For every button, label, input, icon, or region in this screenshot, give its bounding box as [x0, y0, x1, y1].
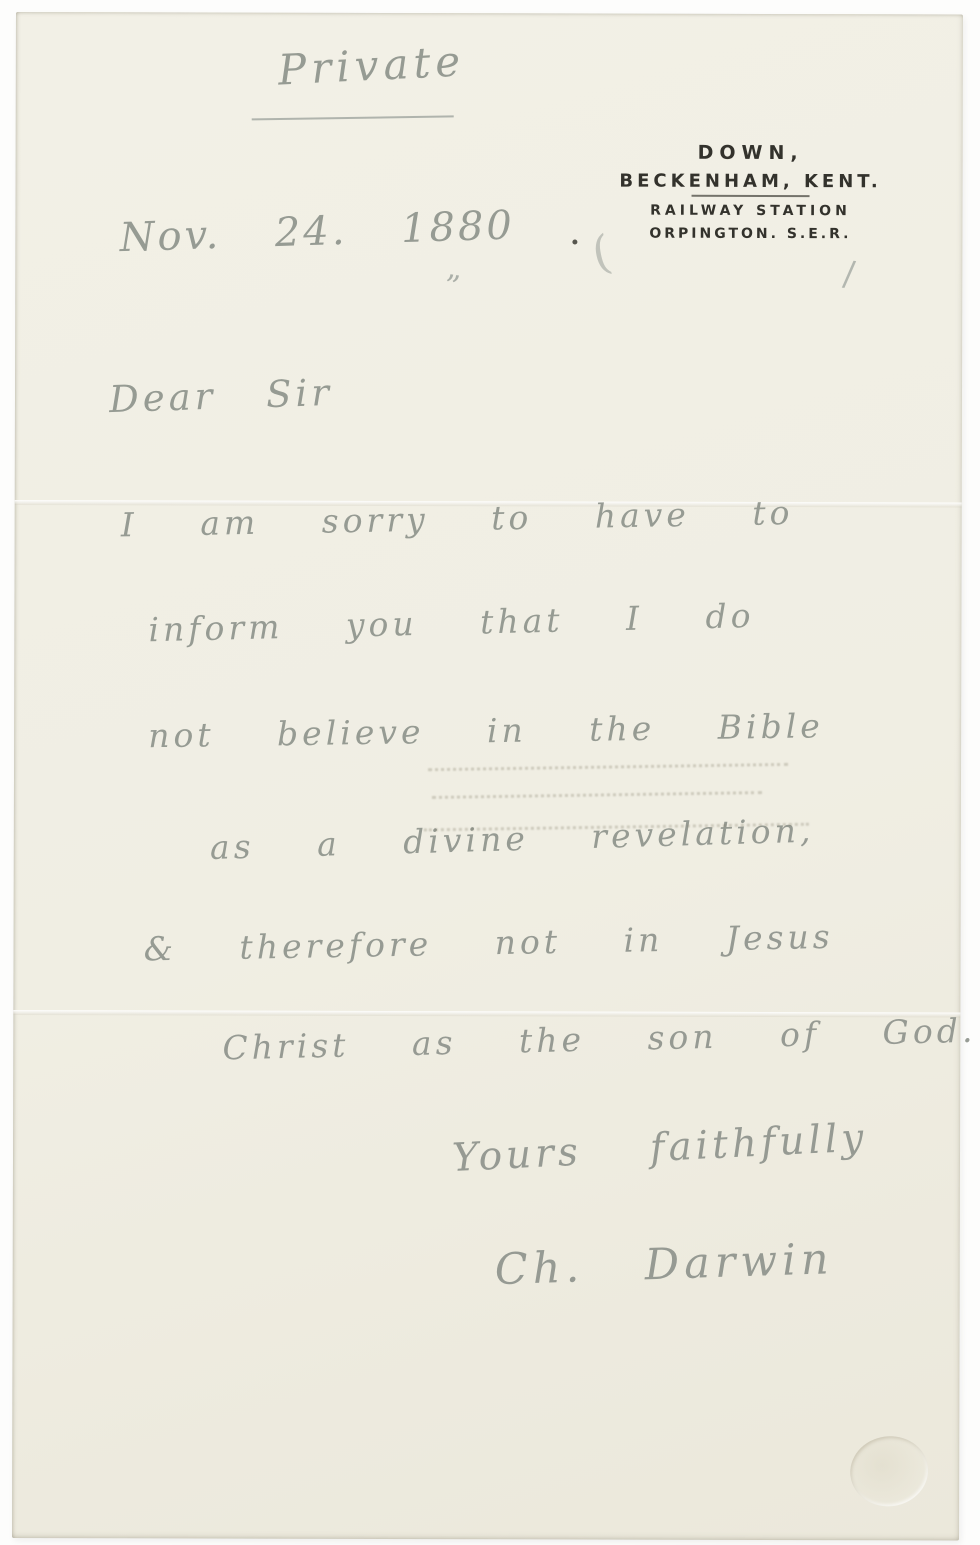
printed-letterhead: DOWN, BECKENHAM, KENT. RAILWAY STATION O… [585, 141, 915, 242]
body-line-1: I am sorry to have to [120, 493, 793, 544]
private-annotation: Private [277, 36, 466, 94]
verso-stamp-showthrough [432, 791, 762, 799]
letterhead-railway: ORPINGTON. S.E.R. [585, 225, 915, 242]
body-line-2: inform you that I do [148, 596, 755, 649]
letterhead-district: BECKENHAM, KENT. [586, 170, 916, 192]
letterhead-dot [572, 239, 577, 244]
verso-stamp-showthrough [428, 763, 788, 771]
body-line-4: as a divine revelation, [209, 811, 814, 867]
pencil-slash-mark: / [841, 254, 857, 295]
signature: Ch. Darwin [494, 1234, 834, 1295]
closing-valediction: Yours faithfully [451, 1115, 868, 1181]
private-underline [252, 115, 454, 120]
photo-background: Private DOWN, BECKENHAM, KENT. RAILWAY S… [0, 0, 980, 1545]
letterhead-rule [692, 195, 810, 197]
letterhead-town: DOWN, [586, 141, 916, 164]
body-line-3: not believe in the Bible [148, 706, 824, 755]
body-line-5: & therefore not in Jesus [143, 917, 834, 969]
pencil-ditto-mark: „ [445, 250, 465, 287]
letter-page: Private DOWN, BECKENHAM, KENT. RAILWAY S… [12, 12, 963, 1540]
letterhead-station: RAILWAY STATION [585, 202, 915, 219]
body-line-6: Christ as the son of God. [222, 1011, 977, 1068]
salutation: Dear Sir [108, 371, 333, 421]
embossed-blind-stamp [846, 1431, 933, 1511]
